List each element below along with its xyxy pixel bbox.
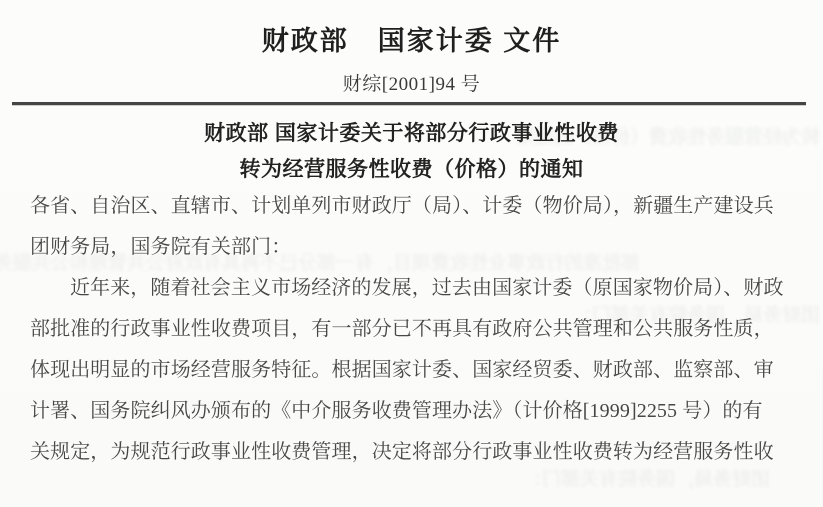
salutation-line: 团财务局，国务院有关部门： [30, 227, 794, 268]
letterhead-divider-rule [12, 102, 806, 105]
paragraph-line: 近年来，随着社会主义市场经济的发展，过去由国家计委（原国家物价局）、财政 [30, 268, 794, 309]
document-number: 财综[2001]94 号 [0, 73, 823, 97]
scanned-document-page: 财政部 国家计委 文件 财综[2001]94 号 财政部 国家计委关于将部分行政… [0, 0, 823, 507]
subject-title-line-1: 财政部 国家计委关于将部分行政事业性收费 [0, 121, 823, 146]
subject-title-line-2: 转为经营服务性收费（价格）的通知 [0, 157, 823, 182]
paragraph-line: 关规定，为规范行政事业性收费管理，决定将部分行政事业性收费转为经营服务性收 [30, 432, 794, 473]
document-body: 各省、自治区、直辖市、计划单列市财政厅（局）、计委（物价局），新疆生产建设兵 团… [30, 186, 794, 473]
paragraph-line: 体现出明显的市场经营服务特征。根据国家计委、国家经贸委、财政部、监察部、审 [30, 350, 794, 391]
paragraph-line: 部批准的行政事业性收费项目，有一部分已不再具有政府公共管理和公共服务性质， [30, 309, 794, 350]
paragraph-line: 计署、国务院纠风办颁布的《中介服务收费管理办法》（计价格[1999]2255 号… [30, 391, 794, 432]
salutation-line: 各省、自治区、直辖市、计划单列市财政厅（局）、计委（物价局），新疆生产建设兵 [30, 186, 794, 227]
document-letterhead-title: 财政部 国家计委 文件 [0, 25, 823, 57]
